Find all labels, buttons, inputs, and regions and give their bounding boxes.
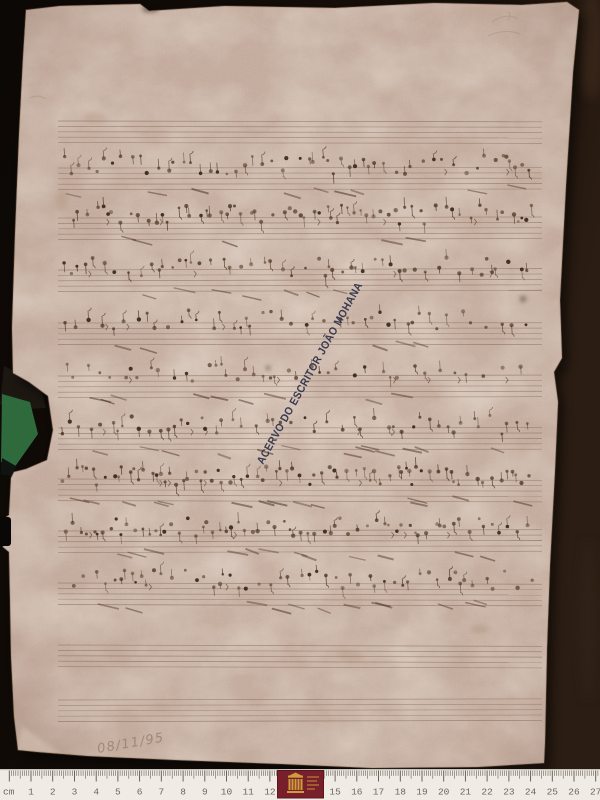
ruler-number: 18 <box>395 787 407 798</box>
ruler-number: 10 <box>221 787 233 798</box>
ruler-number: 1 <box>28 787 34 798</box>
archive-logo <box>278 771 324 799</box>
ruler-number: 12 <box>264 787 276 798</box>
left-edge-tab <box>0 517 11 546</box>
ruler-number: 5 <box>115 787 121 798</box>
manuscript-photo: ACERVO DO ESCRITOR JOÃO MOHANA 08/11/95 … <box>0 0 600 800</box>
ruler-number: 7 <box>158 787 164 798</box>
ruler-number: 16 <box>351 787 363 798</box>
ruler-number: 24 <box>525 787 537 798</box>
ruler-number: 23 <box>503 787 515 798</box>
ruler-number: 9 <box>202 787 208 798</box>
photographed-manuscript: ACERVO DO ESCRITOR JOÃO MOHANA 08/11/95 … <box>0 0 600 800</box>
ruler-number: 15 <box>329 787 341 798</box>
ruler-unit-label: cm <box>3 787 15 798</box>
ruler-number: 11 <box>242 787 254 798</box>
ruler-number: 20 <box>438 787 450 798</box>
ruler-number: 6 <box>137 787 143 798</box>
ruler-number: 4 <box>93 787 99 798</box>
building-icon <box>287 773 304 794</box>
ruler-number: 8 <box>180 787 186 798</box>
ruler-number: 25 <box>547 787 559 798</box>
ruler-number: 26 <box>568 787 580 798</box>
ruler-number: 21 <box>460 787 472 798</box>
ruler-number: 27 <box>590 787 600 798</box>
ruler-number: 2 <box>50 787 56 798</box>
background-streak <box>578 540 598 700</box>
ruler-number: 3 <box>72 787 78 798</box>
ruler-number: 22 <box>481 787 493 798</box>
ruler: cm 1234567891011121314151617181920212223… <box>0 769 600 800</box>
ruler-number: 17 <box>373 787 384 798</box>
ruler-number: 19 <box>416 787 428 798</box>
